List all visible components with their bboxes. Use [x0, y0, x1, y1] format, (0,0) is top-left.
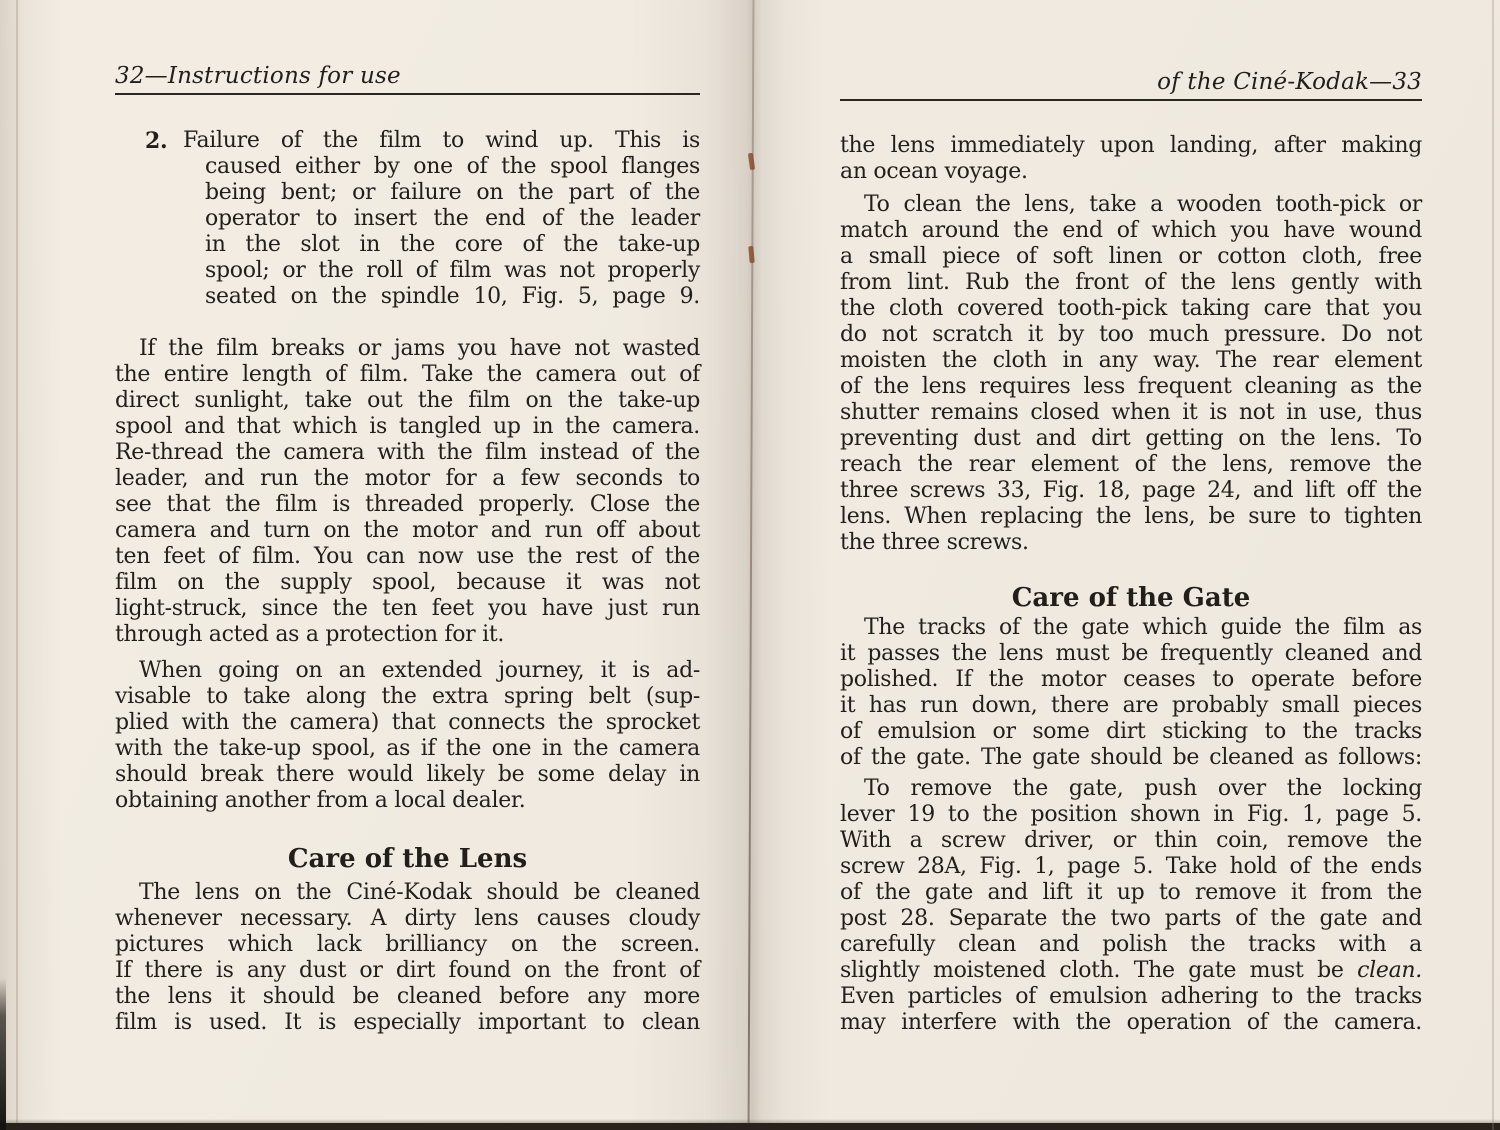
text-line: screw 28A, Fig. 1, page 5. Take hold of …: [840, 854, 1422, 880]
text-line: If there is any dust or dirt found on th…: [115, 958, 700, 984]
text-line: With a screw driver, or thin coin, remov…: [840, 828, 1422, 854]
right-page: of the Ciné-Kodak—33 the lens immediatel…: [840, 68, 1422, 1036]
text-line: camera and turn on the motor and run off…: [115, 518, 700, 544]
text-line: slightly moistened cloth. The gate must …: [840, 958, 1422, 984]
paragraph: To remove the gate, push over the lockin…: [840, 776, 1422, 1036]
text-line: leader, and run the motor for a few seco…: [115, 466, 700, 492]
text-line: carefully clean and polish the tracks wi…: [840, 932, 1422, 958]
text-line: it has run down, there are probably smal…: [840, 693, 1422, 719]
corner-scan-mark: [0, 978, 6, 1130]
paragraph: the lens immediately upon landing, after…: [840, 133, 1422, 185]
text-line: in the slot in the core of the take-up: [115, 232, 700, 258]
text-line: film on the supply spool, because it was…: [115, 570, 700, 596]
text-line: spool; or the roll of film was not prope…: [115, 258, 700, 284]
paragraph: The lens on the Ciné-Kodak should be cle…: [115, 880, 700, 1036]
left-page-text: 2.Failure of the film to wind up. This i…: [115, 128, 700, 1036]
numbered-paragraph: 2.Failure of the film to wind up. This i…: [115, 128, 700, 310]
text-line: match around the end of which you have w…: [840, 218, 1422, 244]
text-line: with the take-up spool, as if the one in…: [115, 736, 700, 762]
text-line: an ocean voyage.: [840, 159, 1422, 185]
text-line: obtaining another from a local dealer.: [115, 788, 700, 814]
text-line: ten feet of film. You can now use the re…: [115, 544, 700, 570]
text-line: of the lens requires less frequent clean…: [840, 374, 1422, 400]
text-line: the three screws.: [840, 530, 1422, 556]
text-line: see that the film is threaded properly. …: [115, 492, 700, 518]
header-rule-right: [840, 99, 1422, 101]
paragraph: If the film breaks or jams you have not …: [115, 336, 700, 648]
text-line: Re-thread the camera with the film inste…: [115, 440, 700, 466]
text-line: direct sunlight, take out the film on th…: [115, 388, 700, 414]
text-line: post 28. Separate the two parts of the g…: [840, 906, 1422, 932]
running-header-right: of the Ciné-Kodak—33: [840, 68, 1422, 96]
text-line: whenever necessary. A dirty lens causes …: [115, 906, 700, 932]
text-line: the lens immediately upon landing, after…: [840, 133, 1422, 159]
text-line: light-struck, since the ten feet you hav…: [115, 596, 700, 622]
text-line: may interfere with the operation of the …: [840, 1010, 1422, 1036]
section-heading: Care of the Lens: [115, 843, 700, 875]
left-page-edge-shadow: [0, 0, 62, 1130]
text-line: moisten the cloth in any way. The rear e…: [840, 348, 1422, 374]
text-line: visable to take along the extra spring b…: [115, 684, 700, 710]
bottom-scan-shadow: [0, 1119, 1500, 1123]
text-line: being bent; or failure on the part of th…: [115, 180, 700, 206]
text-line: The lens on the Ciné-Kodak should be cle…: [115, 880, 700, 906]
text-line: If the film breaks or jams you have not …: [115, 336, 700, 362]
text-line: a small piece of soft linen or cotton cl…: [840, 244, 1422, 270]
text-line: plied with the camera) that connects the…: [115, 710, 700, 736]
binding-stitch-mark: [748, 153, 755, 171]
text-line: of the gate and lift it up to remove it …: [840, 880, 1422, 906]
text-line: the cloth covered tooth-pick taking care…: [840, 296, 1422, 322]
text-line: caused either by one of the spool flange…: [115, 154, 700, 180]
text-line: through acted as a protection for it.: [115, 622, 700, 648]
text-line: operator to insert the end of the leader: [115, 206, 700, 232]
text-line: three screws 33, Fig. 18, page 24, and l…: [840, 478, 1422, 504]
section-heading: Care of the Gate: [840, 582, 1422, 614]
text-line: seated on the spindle 10, Fig. 5, page 9…: [115, 284, 700, 310]
binding-stitch-mark: [748, 246, 754, 263]
book-spread: 32—Instructions for use 2.Failure of the…: [0, 0, 1500, 1130]
text-line: preventing dust and dirt getting on the …: [840, 426, 1422, 452]
text-line: should break there would likely be some …: [115, 762, 700, 788]
text-line: Even particles of emulsion adhering to t…: [840, 984, 1422, 1010]
text-line: shutter remains closed when it is not in…: [840, 400, 1422, 426]
text-line: The tracks of the gate which guide the f…: [840, 615, 1422, 641]
text-line: the lens it should be cleaned before any…: [115, 984, 700, 1010]
running-header-left: 32—Instructions for use: [115, 62, 700, 90]
left-page-edge-line: [16, 0, 18, 1130]
text-line: reach the rear element of the lens, remo…: [840, 452, 1422, 478]
paragraph: The tracks of the gate which guide the f…: [840, 615, 1422, 771]
left-page: 32—Instructions for use 2.Failure of the…: [115, 62, 700, 1036]
text-line: it passes the lens must be frequently cl…: [840, 641, 1422, 667]
text-line: spool and that which is tangled up in th…: [115, 414, 700, 440]
text-line: To remove the gate, push over the lockin…: [840, 776, 1422, 802]
text-line: Failure of the film to wind up. This is: [115, 128, 700, 154]
bottom-scan-band: [0, 1123, 1500, 1130]
paragraph: When going on an extended journey, it is…: [115, 658, 700, 814]
gutter-crease-line: [748, 0, 755, 1130]
text-line: To clean the lens, take a wooden tooth-p…: [840, 192, 1422, 218]
right-page-text: the lens immediately upon landing, after…: [840, 133, 1422, 1036]
list-item-number: 2.: [145, 128, 167, 154]
text-line: of emulsion or some dirt sticking to the…: [840, 719, 1422, 745]
paragraph: To clean the lens, take a wooden tooth-p…: [840, 192, 1422, 556]
text-line: lever 19 to the position shown in Fig. 1…: [840, 802, 1422, 828]
text-line: lens. When replacing the lens, be sure t…: [840, 504, 1422, 530]
text-line: from lint. Rub the front of the lens gen…: [840, 270, 1422, 296]
text-line: pictures which lack brilliancy on the sc…: [115, 932, 700, 958]
text-line: do not scratch it by too much pressure. …: [840, 322, 1422, 348]
text-line: of the gate. The gate should be cleaned …: [840, 745, 1422, 771]
right-page-edge-line: [1492, 0, 1494, 1130]
header-rule-left: [115, 93, 700, 95]
text-line: the entire length of film. Take the came…: [115, 362, 700, 388]
text-line: When going on an extended journey, it is…: [115, 658, 700, 684]
text-line: film is used. It is especially important…: [115, 1010, 700, 1036]
text-line: polished. If the motor ceases to operate…: [840, 667, 1422, 693]
